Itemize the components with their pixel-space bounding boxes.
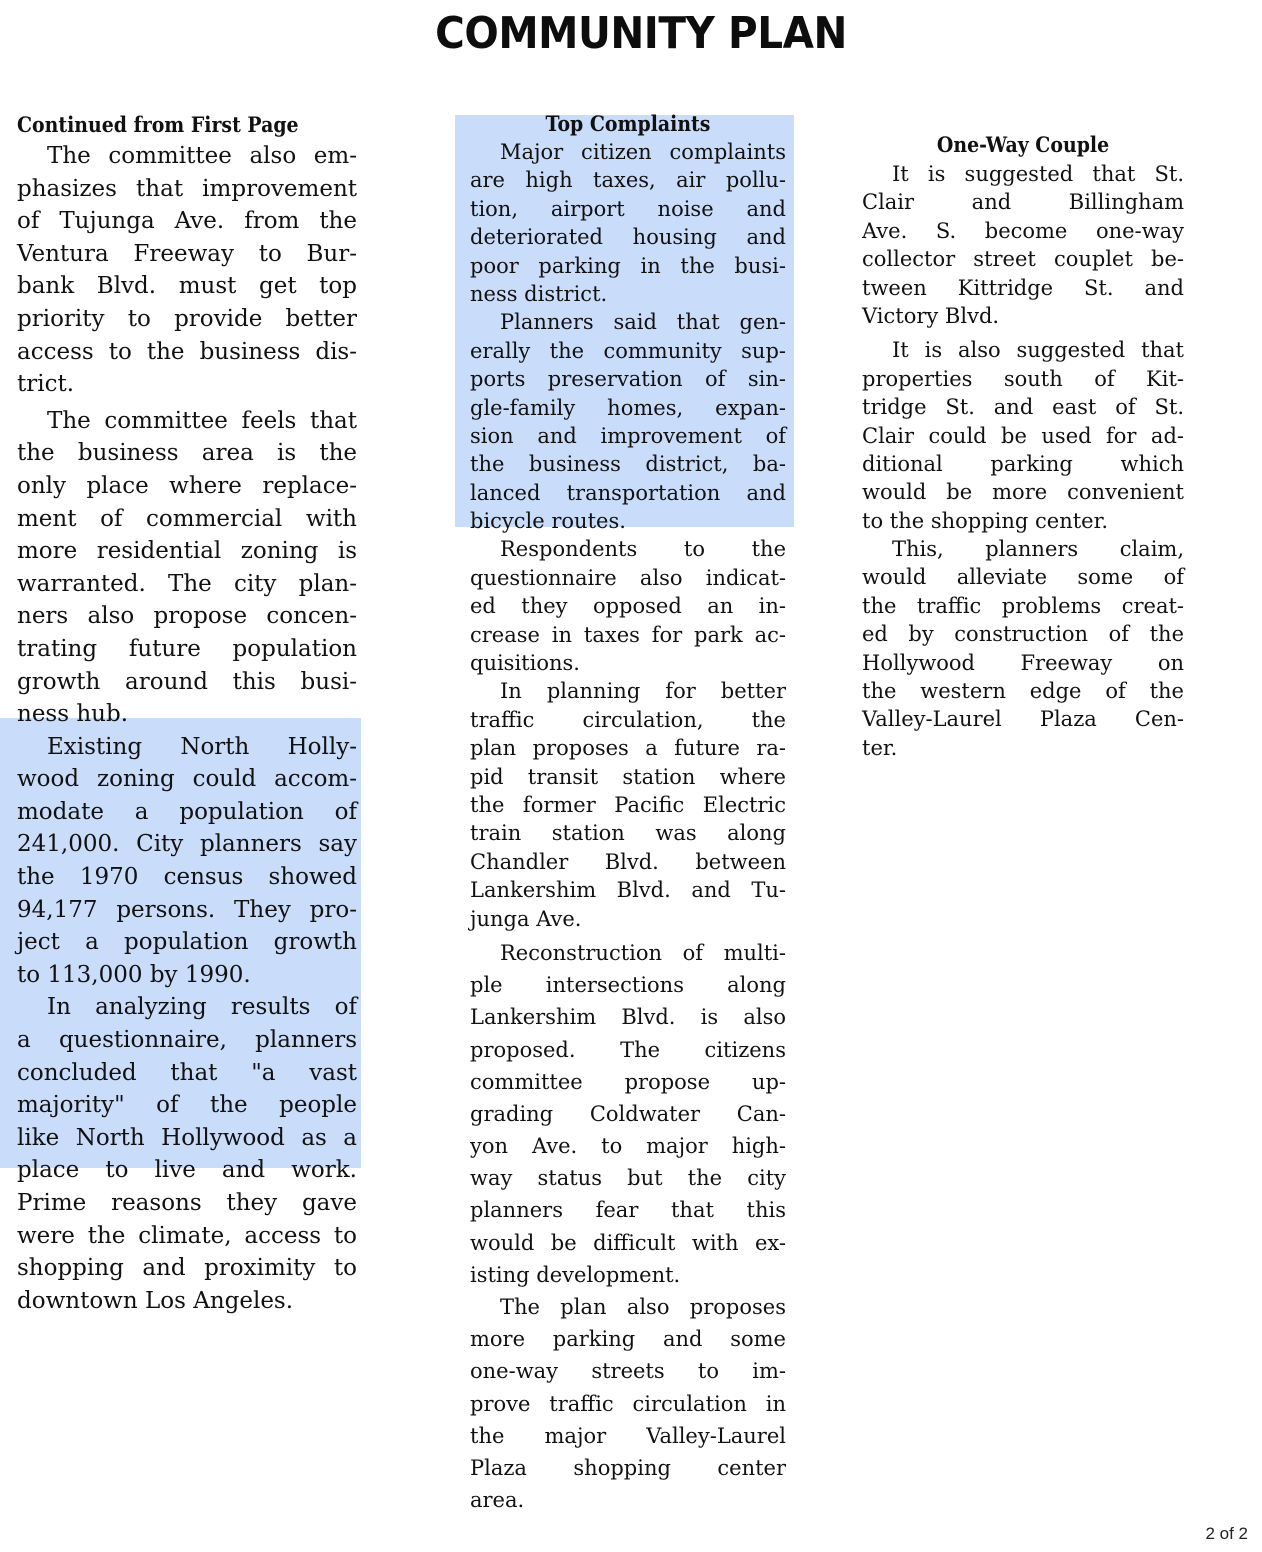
text-line: access to the business dis- [17, 336, 357, 369]
text-line: of Tujunga Ave. from the [17, 205, 357, 238]
text-line: ed they opposed an in- [470, 592, 786, 620]
text-line: collector street couplet be- [862, 245, 1184, 273]
text-line: 241,000. City planners say [17, 828, 357, 861]
text-line: Victory Blvd. [862, 302, 1184, 330]
text-line: Ave. S. become one-way [862, 217, 1184, 245]
text-line: train station was along [470, 819, 786, 847]
headline: COMMUNITY PLAN [51, 8, 1230, 59]
text-line: Valley-Laurel Plaza Cen- [862, 705, 1184, 733]
text-line: ed by construction of the [862, 620, 1184, 648]
text-line: wood zoning could accom- [17, 763, 357, 796]
text-line: bank Blvd. must get top [17, 270, 357, 303]
text-line: deteriorated housing and [470, 223, 786, 251]
text-line: proposed. The citizens [470, 1034, 786, 1066]
text-line: more parking and some [470, 1323, 786, 1355]
text-line: yon Ave. to major high- [470, 1130, 786, 1162]
column3-subhead: One-Way Couple [878, 130, 1168, 160]
text-line: trating future population [17, 633, 357, 666]
text-line: plan proposes a future ra- [470, 734, 786, 762]
text-line: prove traffic circulation in [470, 1388, 786, 1420]
text-line: Ventura Freeway to Bur- [17, 238, 357, 271]
text-line: trict. [17, 368, 357, 401]
text-line: to the shopping center. [862, 507, 1184, 535]
text-line: Existing North Holly- [17, 731, 357, 764]
text-line: ject a population growth [17, 926, 357, 959]
text-line: a questionnaire, planners [17, 1024, 357, 1057]
column1-paragraph-4: In analyzing results of a questionnaire,… [17, 991, 357, 1317]
column1-subhead: Continued from First Page [17, 110, 323, 140]
article-column-2: Top Complaints Major citizen complaints … [470, 110, 786, 1516]
text-line: Prime reasons they gave [17, 1187, 357, 1220]
text-line: the traffic problems creat- [862, 592, 1184, 620]
column3-paragraph-3: This, planners claim, would alleviate so… [862, 535, 1184, 762]
text-line: This, planners claim, [862, 535, 1184, 563]
text-line: Chandler Blvd. between [470, 848, 786, 876]
text-line: It is suggested that St. [862, 160, 1184, 188]
article-column-3: One-Way Couple It is suggested that St. … [862, 130, 1184, 762]
text-line: ter. [862, 734, 1184, 762]
text-line: traffic circulation, the [470, 706, 786, 734]
text-line: place to live and work. [17, 1154, 357, 1187]
text-line: gle-family homes, expan- [470, 394, 786, 422]
text-line: Plaza shopping center [470, 1452, 786, 1484]
text-line: modate a population of [17, 796, 357, 829]
text-line: grading Coldwater Can- [470, 1098, 786, 1130]
text-line: majority" of the people [17, 1089, 357, 1122]
text-line: committee propose up- [470, 1066, 786, 1098]
column2-paragraph-2: Planners said that gen- erally the commu… [470, 308, 786, 535]
text-line: priority to provide better [17, 303, 357, 336]
text-line: more residential zoning is [17, 535, 357, 568]
text-line: are high taxes, air pollu- [470, 166, 786, 194]
text-line: Clair could be used for ad- [862, 422, 1184, 450]
text-line: Reconstruction of multi- [470, 937, 786, 969]
column2-paragraph-5: Reconstruction of multi- ple intersectio… [470, 937, 786, 1291]
column1-paragraph-3: Existing North Holly- wood zoning could … [17, 731, 357, 992]
text-line: Planners said that gen- [470, 308, 786, 336]
text-line: to 113,000 by 1990. [17, 959, 357, 992]
text-line: Clair and Billingham [862, 188, 1184, 216]
article-column-1: Continued from First Page The committee … [17, 110, 357, 1317]
text-line: tween Kittridge St. and [862, 274, 1184, 302]
column2-paragraph-6: The plan also proposes more parking and … [470, 1291, 786, 1516]
text-line: questionnaire also indicat- [470, 564, 786, 592]
text-line: downtown Los Angeles. [17, 1285, 357, 1318]
text-line: the business area is the [17, 437, 357, 470]
text-line: isting development. [470, 1259, 786, 1291]
text-line: the business district, ba- [470, 450, 786, 478]
text-line: the major Valley-Laurel [470, 1420, 786, 1452]
column1-paragraph-1: The committee also em- phasizes that imp… [17, 140, 357, 401]
text-line: area. [470, 1484, 786, 1516]
text-line: crease in taxes for park ac- [470, 621, 786, 649]
column3-paragraph-1: It is suggested that St. Clair and Billi… [862, 160, 1184, 330]
text-line: phasizes that improvement [17, 173, 357, 206]
text-line: tridge St. and east of St. [862, 393, 1184, 421]
text-line: It is also suggested that [862, 336, 1184, 364]
text-line: Hollywood Freeway on [862, 649, 1184, 677]
text-line: ners also propose concen- [17, 600, 357, 633]
text-line: 94,177 persons. They pro- [17, 894, 357, 927]
text-line: Respondents to the [470, 535, 786, 563]
text-line: tion, airport noise and [470, 195, 786, 223]
text-line: were the climate, access to [17, 1220, 357, 1253]
column1-paragraph-2: The committee feels that the business ar… [17, 405, 357, 731]
column2-paragraph-4: In planning for better traffic circulati… [470, 677, 786, 933]
text-line: Major citizen complaints [470, 138, 786, 166]
text-line: ple intersections along [470, 969, 786, 1001]
text-line: In analyzing results of [17, 991, 357, 1024]
text-line: like North Hollywood as a [17, 1122, 357, 1155]
text-line: planners fear that this [470, 1194, 786, 1226]
text-line: Lankershim Blvd. and Tu- [470, 876, 786, 904]
text-line: only place where replace- [17, 470, 357, 503]
text-line: The committee also em- [17, 140, 357, 173]
text-line: growth around this busi- [17, 666, 357, 699]
text-line: ness hub. [17, 698, 357, 731]
text-line: The committee feels that [17, 405, 357, 438]
text-line: ment of commercial with [17, 503, 357, 536]
text-line: the 1970 census showed [17, 861, 357, 894]
column2-paragraph-3: Respondents to the questionnaire also in… [470, 535, 786, 677]
text-line: properties south of Kit- [862, 365, 1184, 393]
text-line: would be difficult with ex- [470, 1227, 786, 1259]
text-line: one-way streets to im- [470, 1355, 786, 1387]
text-line: the former Pacific Electric [470, 791, 786, 819]
text-line: junga Ave. [470, 905, 786, 933]
text-line: ports preservation of sin- [470, 365, 786, 393]
text-line: bicycle routes. [470, 507, 786, 535]
page-indicator: 2 of 2 [1205, 1524, 1248, 1544]
text-line: ditional parking which [862, 450, 1184, 478]
text-line: would alleviate some of [862, 563, 1184, 591]
text-line: The plan also proposes [470, 1291, 786, 1323]
text-line: erally the community sup- [470, 337, 786, 365]
text-line: Lankershim Blvd. is also [470, 1001, 786, 1033]
text-line: concluded that "a vast [17, 1057, 357, 1090]
text-line: ness district. [470, 280, 786, 308]
text-line: poor parking in the busi- [470, 252, 786, 280]
text-line: lanced transportation and [470, 479, 786, 507]
text-line: the western edge of the [862, 677, 1184, 705]
text-line: quisitions. [470, 649, 786, 677]
text-line: would be more convenient [862, 478, 1184, 506]
column3-paragraph-2: It is also suggested that properties sou… [862, 336, 1184, 535]
text-line: In planning for better [470, 677, 786, 705]
text-line: sion and improvement of [470, 422, 786, 450]
text-line: way status but the city [470, 1162, 786, 1194]
column2-paragraph-1: Major citizen complaints are high taxes,… [470, 138, 786, 308]
column2-subhead: Top Complaints [486, 110, 770, 138]
text-line: shopping and proximity to [17, 1252, 357, 1285]
text-line: warranted. The city plan- [17, 568, 357, 601]
text-line: pid transit station where [470, 763, 786, 791]
